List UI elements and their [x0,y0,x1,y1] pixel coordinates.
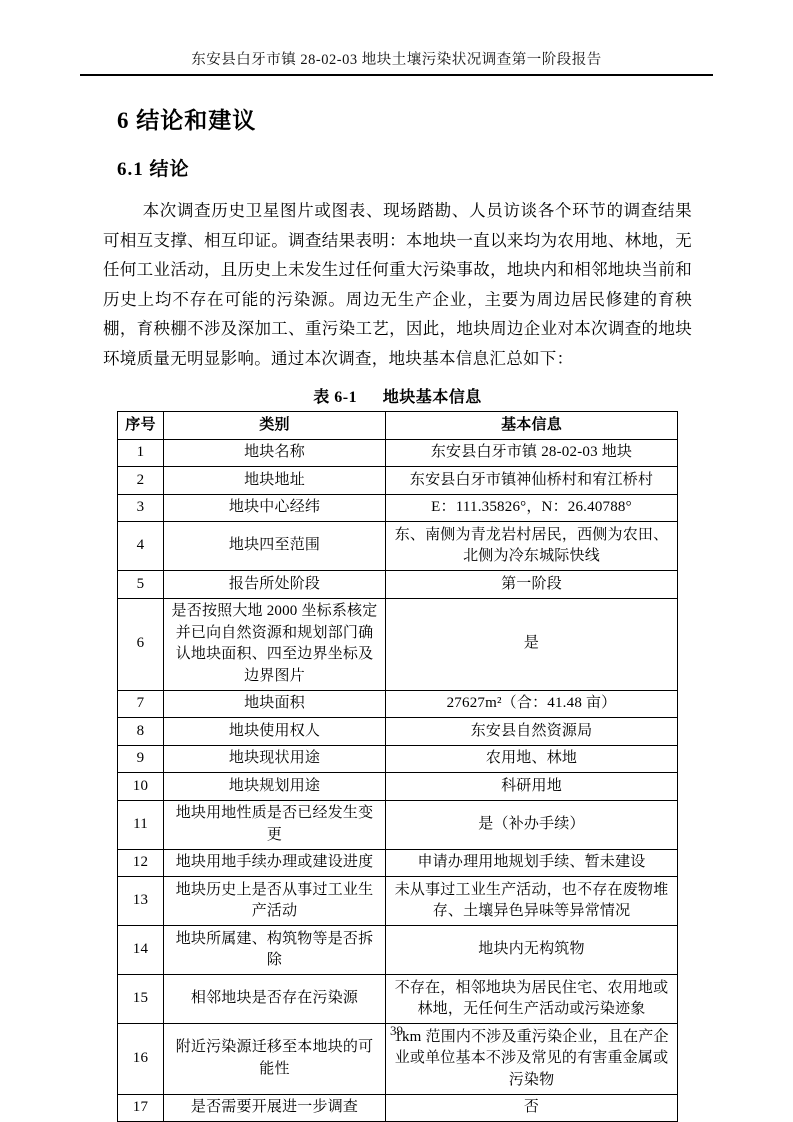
table-row: 17是否需要开展进一步调查否 [118,1094,678,1122]
cell-index: 17 [118,1094,164,1122]
cell-index: 12 [118,849,164,877]
cell-category: 地块四至范围 [164,522,386,571]
column-header-info: 基本信息 [386,412,678,440]
table-caption-label: 表 6-1 [313,389,357,406]
cell-category: 地块历史上是否从事过工业生产活动 [164,877,386,926]
cell-category: 是否按照大地 2000 坐标系核定并已向自然资源和规划部门确认地块面积、四至边界… [164,598,386,690]
cell-info: 东、南侧为青龙岩村居民，西侧为农田、北侧为冷东城际快线 [386,522,678,571]
cell-info: 农用地、林地 [386,745,678,773]
cell-category: 地块所属建、构筑物等是否拆除 [164,926,386,975]
page-content: 6 结论和建议 6.1 结论 本次调查历史卫星图片或图表、现场踏勘、人员访谈各个… [0,102,793,1122]
cell-index: 13 [118,877,164,926]
page-header: 东安县白牙市镇 28-02-03 地块土壤污染状况调查第一阶段报告 [0,0,793,76]
cell-category: 地块使用权人 [164,718,386,746]
table-row: 9地块现状用途农用地、林地 [118,745,678,773]
cell-index: 6 [118,598,164,690]
cell-index: 1 [118,439,164,467]
cell-index: 4 [118,522,164,571]
table-row: 11地块用地性质是否已经发生变更是（补办手续） [118,800,678,849]
section-heading: 6 结论和建议 [117,102,692,135]
table-row: 15相邻地块是否存在污染源不存在，相邻地块为居民住宅、农用地或林地，无任何生产活… [118,975,678,1024]
cell-info: 第一阶段 [386,571,678,599]
site-basic-info-table: 序号 类别 基本信息 1地块名称东安县白牙市镇 28-02-03 地块2地块地址… [117,411,678,1122]
cell-index: 15 [118,975,164,1024]
cell-info: 不存在，相邻地块为居民住宅、农用地或林地，无任何生产活动或污染迹象 [386,975,678,1024]
cell-category: 地块用地性质是否已经发生变更 [164,800,386,849]
cell-info: 否 [386,1094,678,1122]
page-number: 39 [0,1023,793,1039]
cell-category: 地块现状用途 [164,745,386,773]
report-page: 东安县白牙市镇 28-02-03 地块土壤污染状况调查第一阶段报告 6 结论和建… [0,0,793,1122]
cell-info: 东安县白牙市镇 28-02-03 地块 [386,439,678,467]
cell-info: 未从事过工业生产活动，也不存在废物堆存、土壤异色异味等异常情况 [386,877,678,926]
table-row: 8地块使用权人东安县自然资源局 [118,718,678,746]
table-row: 13地块历史上是否从事过工业生产活动未从事过工业生产活动，也不存在废物堆存、土壤… [118,877,678,926]
cell-index: 14 [118,926,164,975]
cell-info: 东安县自然资源局 [386,718,678,746]
cell-info: E：111.35826°，N：26.40788° [386,494,678,522]
cell-index: 8 [118,718,164,746]
table-row: 7地块面积27627m²（合：41.48 亩） [118,690,678,718]
cell-info: 是（补办手续） [386,800,678,849]
cell-category: 相邻地块是否存在污染源 [164,975,386,1024]
table-row: 1地块名称东安县白牙市镇 28-02-03 地块 [118,439,678,467]
table-row: 5报告所处阶段第一阶段 [118,571,678,599]
cell-index: 2 [118,467,164,495]
cell-info: 是 [386,598,678,690]
cell-category: 地块面积 [164,690,386,718]
cell-index: 11 [118,800,164,849]
cell-category: 地块名称 [164,439,386,467]
subsection-heading: 6.1 结论 [117,154,692,181]
cell-info: 申请办理用地规划手续、暂未建设 [386,849,678,877]
table-header-row: 序号 类别 基本信息 [118,412,678,440]
cell-info: 27627m²（合：41.48 亩） [386,690,678,718]
cell-info: 地块内无构筑物 [386,926,678,975]
cell-category: 报告所处阶段 [164,571,386,599]
table-caption-title: 地块基本信息 [383,389,482,406]
cell-category: 地块中心经纬 [164,494,386,522]
cell-index: 7 [118,690,164,718]
table-row: 6是否按照大地 2000 坐标系核定并已向自然资源和规划部门确认地块面积、四至边… [118,598,678,690]
cell-index: 10 [118,773,164,801]
table-row: 2地块地址东安县白牙市镇神仙桥村和宥江桥村 [118,467,678,495]
cell-category: 地块用地手续办理或建设进度 [164,849,386,877]
table-row: 3地块中心经纬E：111.35826°，N：26.40788° [118,494,678,522]
cell-index: 3 [118,494,164,522]
table-row: 10地块规划用途科研用地 [118,773,678,801]
cell-category: 是否需要开展进一步调查 [164,1094,386,1122]
table-row: 12地块用地手续办理或建设进度申请办理用地规划手续、暂未建设 [118,849,678,877]
conclusion-paragraph: 本次调查历史卫星图片或图表、现场踏勘、人员访谈各个环节的调查结果可相互支撑、相互… [103,196,692,373]
table-row: 4地块四至范围东、南侧为青龙岩村居民，西侧为农田、北侧为冷东城际快线 [118,522,678,571]
header-rule [80,74,713,76]
cell-info: 东安县白牙市镇神仙桥村和宥江桥村 [386,467,678,495]
cell-index: 5 [118,571,164,599]
column-header-category: 类别 [164,412,386,440]
table-row: 14地块所属建、构筑物等是否拆除地块内无构筑物 [118,926,678,975]
cell-info: 科研用地 [386,773,678,801]
column-header-index: 序号 [118,412,164,440]
running-header-title: 东安县白牙市镇 28-02-03 地块土壤污染状况调查第一阶段报告 [0,48,793,69]
table-caption: 表 6-1地块基本信息 [103,384,692,407]
cell-index: 9 [118,745,164,773]
cell-category: 地块地址 [164,467,386,495]
cell-category: 地块规划用途 [164,773,386,801]
